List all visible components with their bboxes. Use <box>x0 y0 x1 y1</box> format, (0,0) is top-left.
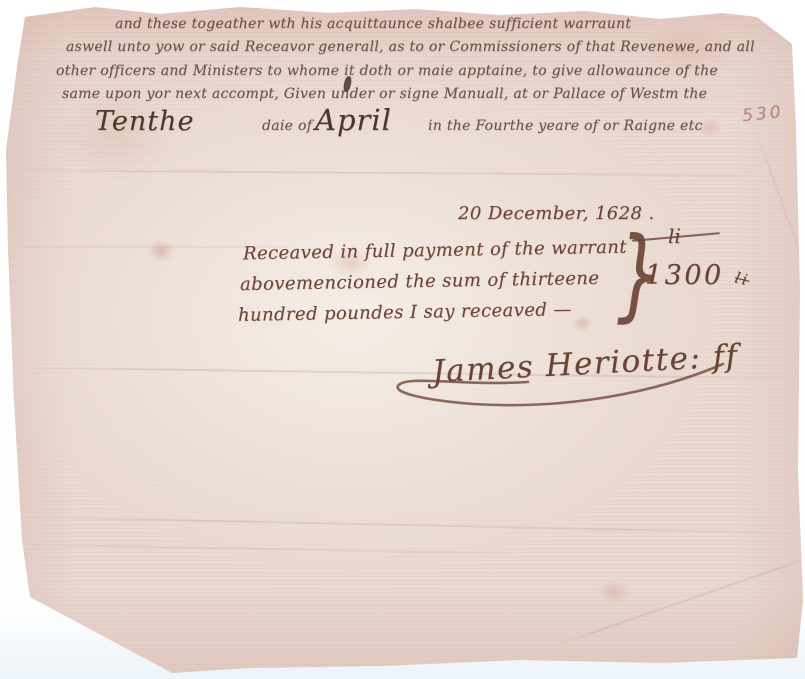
warrant-month-word: April <box>315 103 392 137</box>
warrant-text-line: same upon yor next accompt, Given under … <box>62 86 707 102</box>
receipt-amount: 1300 li <box>645 260 749 291</box>
archive-mark: 530 <box>741 102 784 126</box>
crease-line <box>15 516 795 534</box>
paper-sheet: and these togeather wth his acquittaunce… <box>0 0 805 679</box>
receipt-amount-value: 1300 <box>645 260 724 291</box>
manuscript-scan: and these togeather wth his acquittaunce… <box>0 0 805 679</box>
warrant-day-word: Tenthe <box>95 106 195 137</box>
warrant-text-line: and these togeather wth his acquittaunce… <box>115 16 631 32</box>
stain-spot <box>572 315 592 332</box>
crease-line <box>755 131 805 291</box>
receipt-text-line: abovemencioned the sum of thirteene <box>240 268 600 295</box>
warrant-text-line: other officers and Ministers to whome it… <box>56 63 718 79</box>
warrant-date-mid-text: daie of <box>262 118 312 134</box>
receipt-amount-unit: li <box>733 269 752 290</box>
warrant-date-tail-text: in the Fourthe yeare of or Raigne etc <box>428 118 703 134</box>
signature-flourish <box>378 358 728 414</box>
warrant-text-line: aswell unto yow or said Receavor general… <box>66 39 755 55</box>
stain-spot <box>598 580 630 605</box>
crease-line <box>20 544 520 555</box>
receipt-text-line: hundred poundes I say receaved — <box>238 299 572 326</box>
stain-spot <box>148 240 174 262</box>
crease-line <box>553 551 805 647</box>
receipt-text-line: Receaved in full payment of the warrant <box>243 237 627 265</box>
